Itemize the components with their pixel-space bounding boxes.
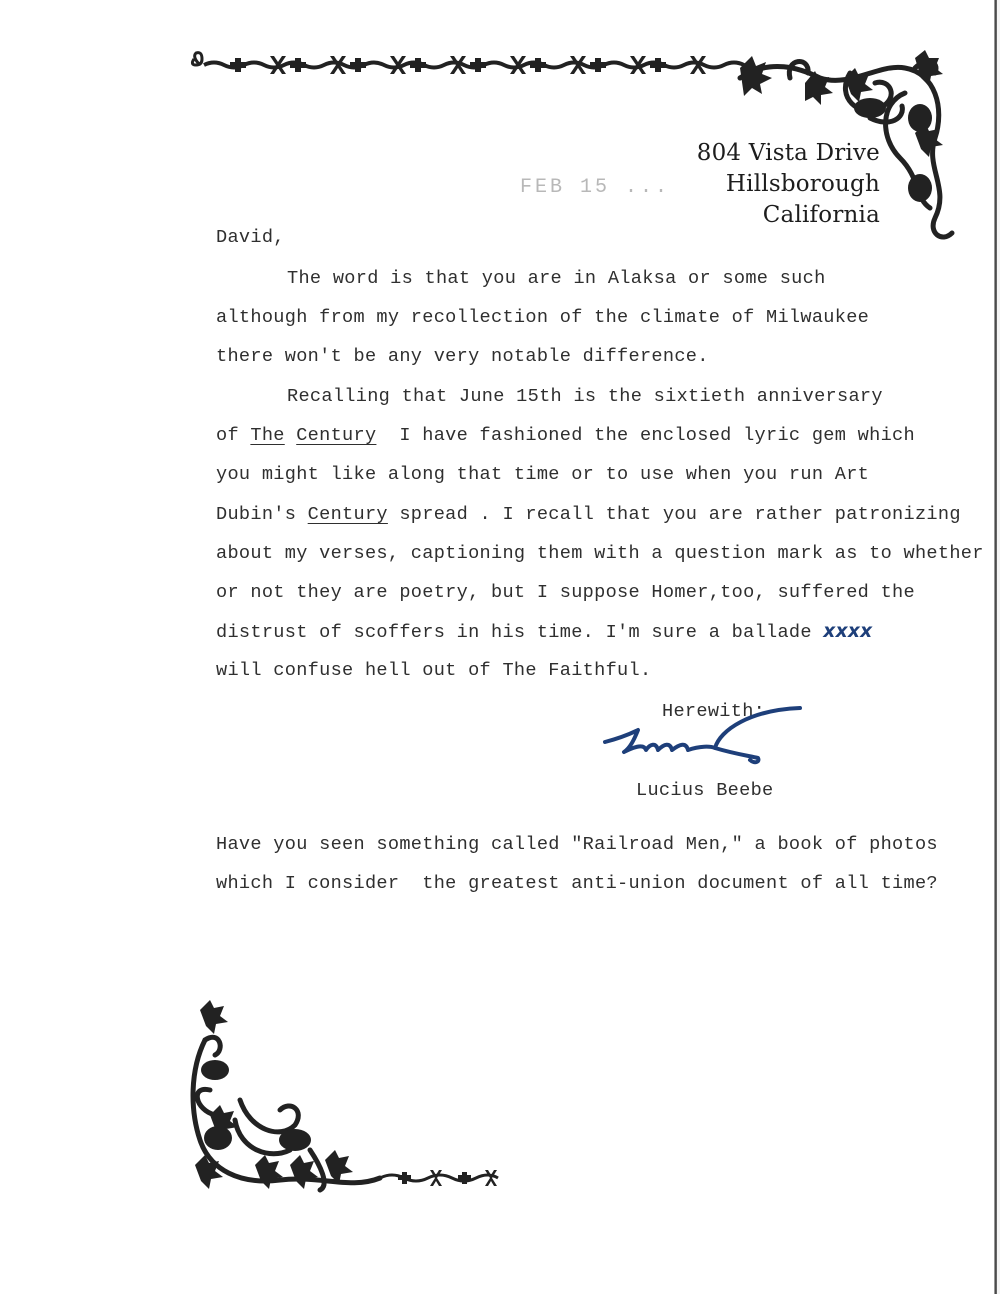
chain-border-ornament-icon — [190, 50, 750, 80]
salutation: David, — [216, 227, 285, 248]
letter-page: 804 Vista Drive Hillsborough California … — [0, 0, 1000, 1294]
paragraph-2-line-5: about my verses, captioning them with a … — [216, 543, 984, 564]
paragraph-2-line-8: will confuse hell out of The Faithful. — [216, 660, 651, 681]
received-date-stamp: FEB 15 ... — [520, 176, 670, 199]
publication-title-century: Century — [308, 504, 388, 525]
text — [285, 425, 296, 446]
signature-name: Lucius Beebe — [636, 780, 774, 801]
postscript-line-1: Have you seen something called "Railroad… — [216, 834, 938, 855]
text: I have fashioned the enclosed lyric gem … — [376, 425, 915, 446]
publication-title-the: The — [250, 425, 284, 446]
grapevine-corner-ornament-icon — [180, 1000, 500, 1195]
text: distrust of scoffers in his time. I'm su… — [216, 622, 823, 643]
paragraph-2-line-6: or not they are poetry, but I suppose Ho… — [216, 582, 915, 603]
text: of — [216, 425, 250, 446]
paragraph-1-line-3: there won't be any very notable differen… — [216, 346, 709, 367]
text: spread . I recall that you are rather pa… — [388, 504, 961, 525]
paragraph-2-line-1: Recalling that June 15th is the sixtieth… — [287, 386, 883, 407]
paragraph-1-line-1: The word is that you are in Alaksa or so… — [287, 268, 826, 289]
handwritten-signature-icon — [600, 700, 820, 780]
postscript-line-2: which I consider the greatest anti-union… — [216, 873, 938, 894]
paragraph-2-line-4: Dubin's Century spread . I recall that y… — [216, 504, 961, 525]
letterhead-address: 804 Vista Drive Hillsborough California — [697, 138, 880, 231]
paragraph-2-line-3: you might like along that time or to use… — [216, 464, 869, 485]
paragraph-2-line-7: distrust of scoffers in his time. I'm su… — [216, 621, 872, 643]
address-street: 804 Vista Drive — [697, 138, 880, 169]
address-city: Hillsborough — [697, 169, 880, 200]
text: Dubin's — [216, 504, 308, 525]
publication-title-century: Century — [296, 425, 376, 446]
paragraph-1-line-2: although from my recollection of the cli… — [216, 307, 869, 328]
address-state: California — [697, 200, 880, 231]
handwritten-strikeout: xxxx — [823, 621, 872, 642]
paragraph-2-line-2: of The Century I have fashioned the encl… — [216, 425, 915, 446]
